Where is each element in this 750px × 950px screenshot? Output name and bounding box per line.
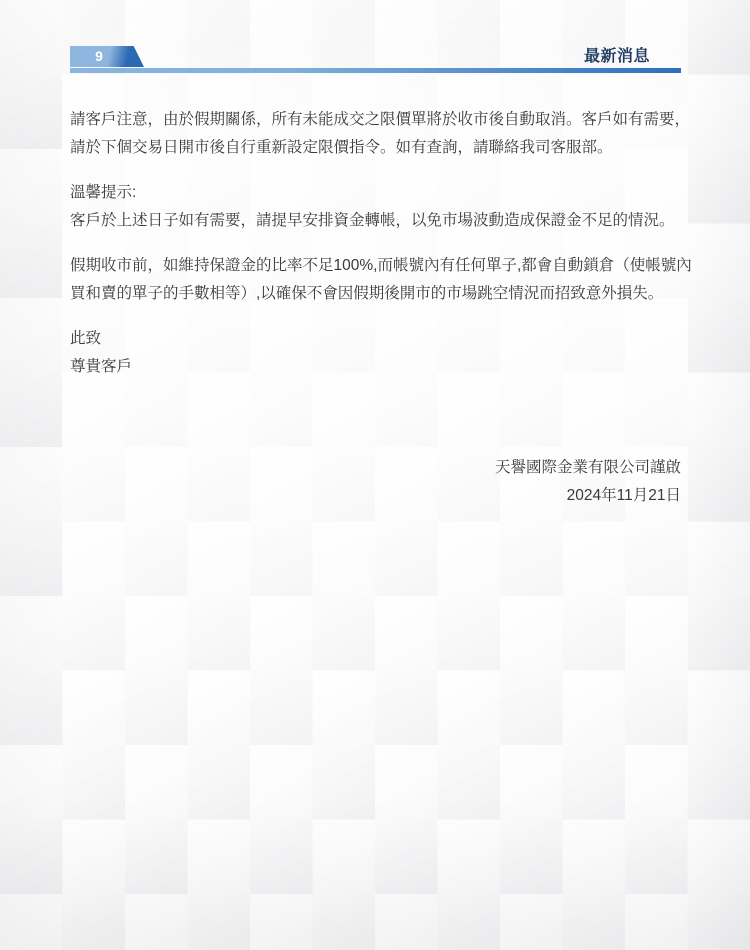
notice-line: 假期收市前，如維持保證金的比率不足100%,而帳號內有任何單子,都會自動鎖倉（使… [70, 252, 681, 280]
notice-line: 溫馨提示: [70, 179, 681, 207]
page-number: 9 [95, 48, 103, 64]
notice-page: 9 最新消息 請客戶注意，由於假期關係，所有未能成交之限價單將於收市後自動取消。… [0, 0, 750, 950]
signature-company: 天譽國際金業有限公司謹啟 [70, 454, 681, 482]
closing-block: 此致 尊貴客戶 [70, 325, 681, 381]
page-header: 9 最新消息 [70, 46, 680, 67]
section-title: 最新消息 [584, 46, 650, 67]
header-divider-rule [70, 68, 681, 73]
notice-paragraph: 假期收市前，如維持保證金的比率不足100%,而帳號內有任何單子,都會自動鎖倉（使… [70, 252, 681, 308]
signature-date: 2024年11月21日 [70, 482, 681, 510]
page-number-badge: 9 [70, 46, 144, 67]
closing-line: 尊貴客戶 [70, 353, 681, 381]
signature-block: 天譽國際金業有限公司謹啟 2024年11月21日 [70, 454, 681, 510]
notice-line: 請客戶注意，由於假期關係，所有未能成交之限價單將於收市後自動取消。客戶如有需要， [70, 106, 681, 134]
notice-line: 請於下個交易日開市後自行重新設定限價指令。如有查詢，請聯絡我司客服部。 [70, 134, 681, 162]
notice-paragraph: 溫馨提示: 客戶於上述日子如有需要，請提早安排資金轉帳，以免市場波動造成保證金不… [70, 179, 681, 235]
closing-line: 此致 [70, 325, 681, 353]
notice-paragraph: 請客戶注意，由於假期關係，所有未能成交之限價單將於收市後自動取消。客戶如有需要，… [70, 106, 681, 162]
notice-line: 客戶於上述日子如有需要，請提早安排資金轉帳，以免市場波動造成保證金不足的情況。 [70, 207, 681, 235]
notice-body: 請客戶注意，由於假期關係，所有未能成交之限價單將於收市後自動取消。客戶如有需要，… [70, 106, 681, 510]
notice-line: 買和賣的單子的手數相等）,以確保不會因假期後開市的市場跳空情況而招致意外損失。 [70, 280, 681, 308]
